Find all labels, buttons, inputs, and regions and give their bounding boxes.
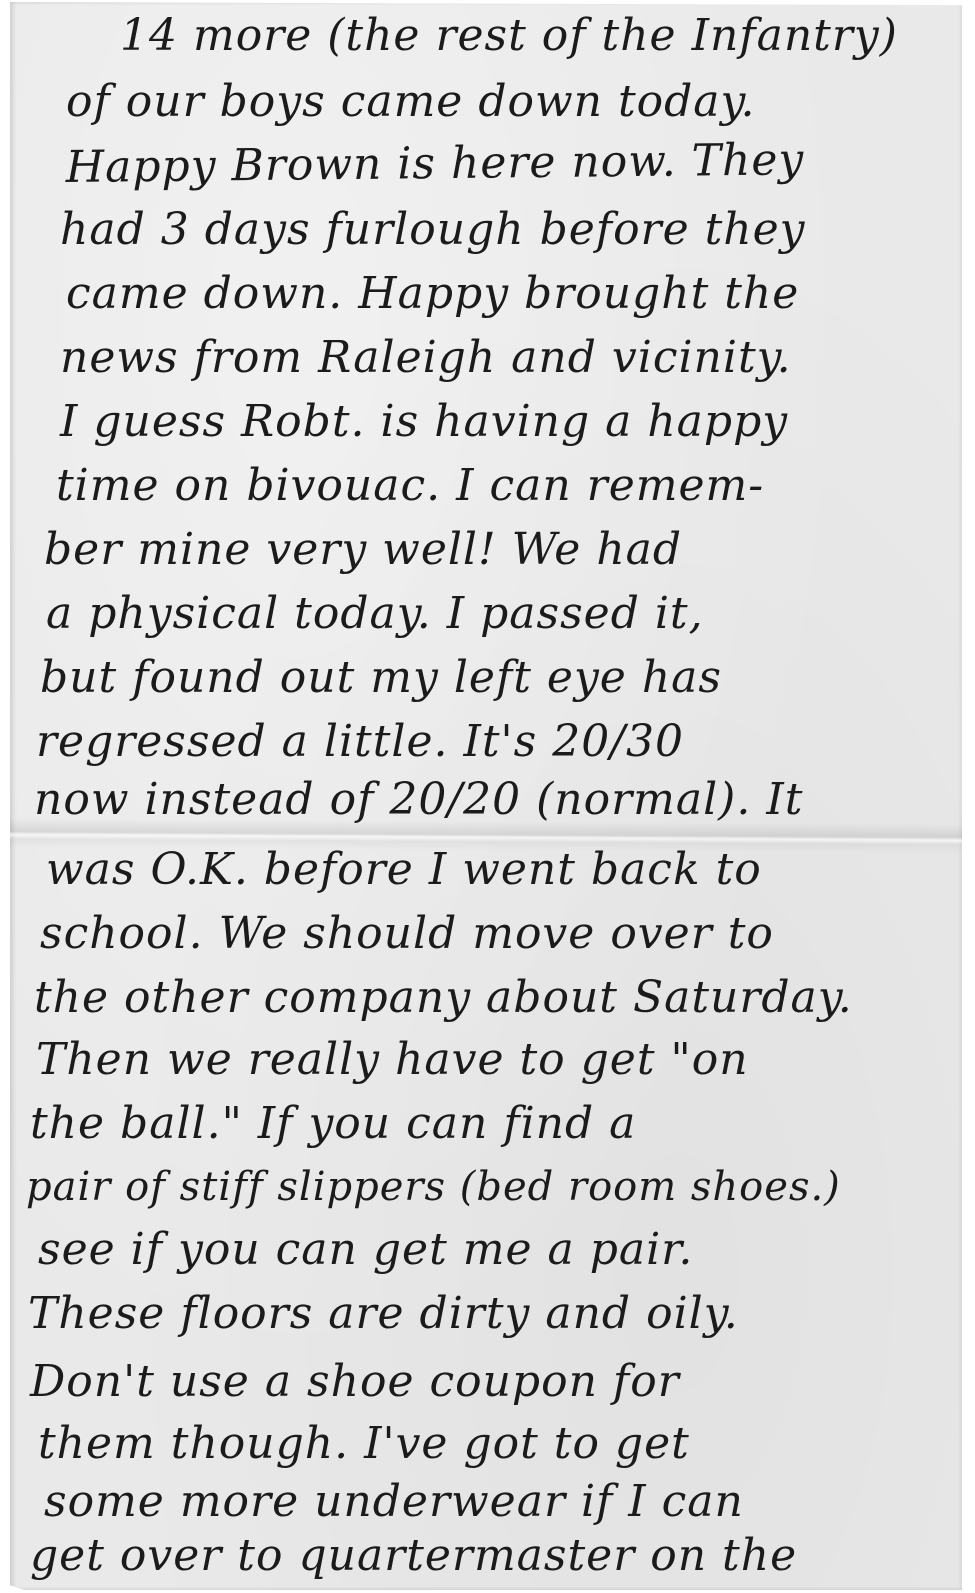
text-line: the other company about Saturday. [34, 972, 853, 1023]
text-line: school. We should move over to [40, 908, 774, 959]
text-line: a physical today. I passed it, [46, 588, 704, 639]
text-line: now instead of 20/20 (normal). It [34, 774, 803, 825]
text-line: Happy Brown is here now. They [65, 134, 804, 193]
text-line: Then we really have to get "on [36, 1034, 749, 1085]
text-line: see if you can get me a pair. [38, 1224, 693, 1275]
text-line: them though. I've got to get [38, 1418, 690, 1469]
text-line: news from Raleigh and vicinity. [60, 332, 792, 383]
text-line: get over to quartermaster on the [30, 1530, 797, 1581]
text-line: ber mine very well! We had [44, 524, 682, 575]
text-line: of our boys came down today. [66, 76, 756, 127]
text-line: was O.K. before I went back to [46, 844, 762, 895]
text-line: Don't use a shoe coupon for [30, 1356, 680, 1407]
text-line: regressed a little. It's 20/30 [36, 716, 684, 767]
text-line: pair of stiff slippers (bed room shoes.) [26, 1164, 841, 1210]
text-line: time on bivouac. I can remem- [56, 460, 764, 511]
text-line: I guess Robt. is having a happy [60, 396, 788, 447]
handwritten-text: 14 more (the rest of the Infantry) of ou… [0, 0, 975, 1593]
text-line: some more underwear if I can [44, 1476, 744, 1527]
text-line: 14 more (the rest of the Infantry) [120, 10, 898, 61]
text-line: had 3 days furlough before they [60, 204, 806, 255]
text-line: but found out my left eye has [40, 652, 722, 703]
text-line: came down. Happy brought the [66, 268, 799, 319]
text-line: These floors are dirty and oily. [28, 1288, 739, 1339]
text-line: the ball." If you can find a [30, 1098, 636, 1149]
